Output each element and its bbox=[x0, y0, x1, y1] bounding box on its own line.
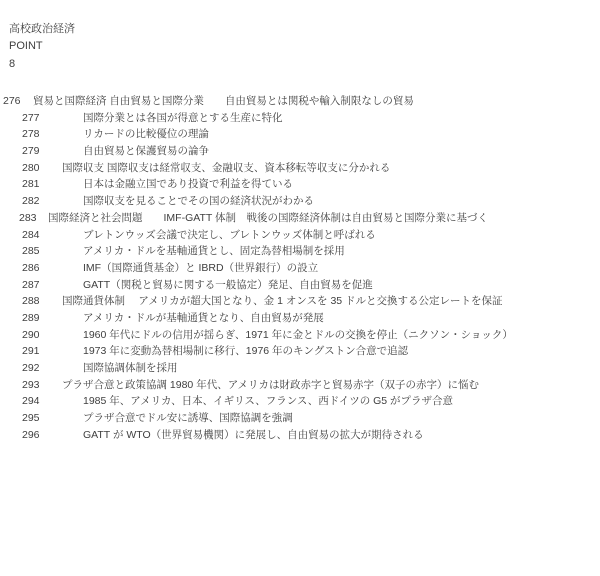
row-number: 276 bbox=[3, 93, 21, 110]
row-number: 279 bbox=[22, 143, 40, 160]
outline-row: 284ブレトンウッズ会議で決定し、ブレトンウッズ体制と呼ばれる bbox=[0, 227, 600, 244]
row-text: 自由貿易と保護貿易の論争 bbox=[83, 143, 209, 160]
row-text: リカードの比較優位の理論 bbox=[83, 126, 209, 143]
outline-row: 2941985 年、アメリカ、日本、イギリス、フランス、西ドイツの G5 がプラ… bbox=[0, 393, 600, 410]
row-number: 278 bbox=[22, 126, 40, 143]
outline-row: 289アメリカ・ドルが基軸通貨となり、自由貿易が発展 bbox=[0, 310, 600, 327]
course-title: 高校政治経済 bbox=[9, 21, 75, 38]
row-number: 281 bbox=[22, 176, 40, 193]
row-number: 285 bbox=[22, 243, 40, 260]
outline-row: 2911973 年に変動為替相場制に移行、1976 年のキングストン合意で追認 bbox=[0, 343, 600, 360]
outline-row: 282国際収支を見ることでその国の経済状況がわかる bbox=[0, 193, 600, 210]
row-text: 1960 年代にドルの信用が揺らぎ、1971 年に金とドルの交換を停止（ニクソン… bbox=[83, 327, 513, 344]
row-number: 284 bbox=[22, 227, 40, 244]
row-number: 290 bbox=[22, 327, 40, 344]
row-text: 国際経済と社会問題 IMF-GATT 体制 戦後の国際経済体制は自由貿易と国際分… bbox=[48, 210, 488, 227]
outline-row: 276貿易と国際経済 自由貿易と国際分業 自由貿易とは関税や輸入制限なしの貿易 bbox=[0, 93, 600, 110]
outline-row: 287GATT（関税と貿易に関する一般協定）発足、自由貿易を促進 bbox=[0, 277, 600, 294]
outline-row: 296GATT が WTO（世界貿易機関）に発展し、自由貿易の拡大が期待される bbox=[0, 427, 600, 444]
row-text: 国際収支 国際収支は経常収支、金融収支、資本移転等収支に分かれる bbox=[62, 160, 390, 177]
outline-row: 295プラザ合意でドル安に誘導、国際協調を強調 bbox=[0, 410, 600, 427]
outline-row: 278リカードの比較優位の理論 bbox=[0, 126, 600, 143]
outline-row: 280国際収支 国際収支は経常収支、金融収支、資本移転等収支に分かれる bbox=[0, 160, 600, 177]
row-text: 貿易と国際経済 自由貿易と国際分業 自由貿易とは関税や輸入制限なしの貿易 bbox=[33, 93, 414, 110]
document-page: 高校政治経済 POINT 8 276貿易と国際経済 自由貿易と国際分業 自由貿易… bbox=[0, 0, 600, 576]
row-text: アメリカ・ドルが基軸通貨となり、自由貿易が発展 bbox=[83, 310, 324, 327]
row-text: 1985 年、アメリカ、日本、イギリス、フランス、西ドイツの G5 がプラザ合意 bbox=[83, 393, 453, 410]
outline-row: 285アメリカ・ドルを基軸通貨とし、固定為替相場制を採用 bbox=[0, 243, 600, 260]
outline-row: 286IMF（国際通貨基金）と IBRD（世界銀行）の設立 bbox=[0, 260, 600, 277]
row-number: 296 bbox=[22, 427, 40, 444]
row-number: 287 bbox=[22, 277, 40, 294]
row-text: ブレトンウッズ会議で決定し、ブレトンウッズ体制と呼ばれる bbox=[83, 227, 376, 244]
row-text: 国際分業とは各国が得意とする生産に特化 bbox=[83, 110, 283, 127]
row-text: 国際協調体制を採用 bbox=[83, 360, 178, 377]
row-number: 295 bbox=[22, 410, 40, 427]
row-text: IMF（国際通貨基金）と IBRD（世界銀行）の設立 bbox=[83, 260, 318, 277]
point-label: POINT bbox=[9, 38, 75, 55]
outline-row: 283国際経済と社会問題 IMF-GATT 体制 戦後の国際経済体制は自由貿易と… bbox=[0, 210, 600, 227]
row-text: 国際通貨体制 アメリカが超大国となり、金 1 オンスを 35 ドルと交換する公定… bbox=[62, 293, 503, 310]
row-text: 1973 年に変動為替相場制に移行、1976 年のキングストン合意で追認 bbox=[83, 343, 408, 360]
row-number: 288 bbox=[22, 293, 40, 310]
row-text: 日本は金融立国であり投資で利益を得ている bbox=[83, 176, 293, 193]
row-text: プラザ合意と政策協調 1980 年代、アメリカは財政赤字と貿易赤字（双子の赤字）… bbox=[62, 377, 479, 394]
row-number: 291 bbox=[22, 343, 40, 360]
outline-row: 293プラザ合意と政策協調 1980 年代、アメリカは財政赤字と貿易赤字（双子の… bbox=[0, 377, 600, 394]
row-number: 277 bbox=[22, 110, 40, 127]
row-number: 286 bbox=[22, 260, 40, 277]
outline-row: 277国際分業とは各国が得意とする生産に特化 bbox=[0, 110, 600, 127]
row-number: 289 bbox=[22, 310, 40, 327]
row-text: GATT（関税と貿易に関する一般協定）発足、自由貿易を促進 bbox=[83, 277, 373, 294]
outline-row: 281日本は金融立国であり投資で利益を得ている bbox=[0, 176, 600, 193]
point-number: 8 bbox=[9, 56, 75, 73]
row-number: 293 bbox=[22, 377, 40, 394]
page-header: 高校政治経済 POINT 8 bbox=[9, 21, 75, 73]
row-number: 280 bbox=[22, 160, 40, 177]
row-number: 292 bbox=[22, 360, 40, 377]
row-text: 国際収支を見ることでその国の経済状況がわかる bbox=[83, 193, 314, 210]
row-text: GATT が WTO（世界貿易機関）に発展し、自由貿易の拡大が期待される bbox=[83, 427, 424, 444]
row-text: プラザ合意でドル安に誘導、国際協調を強調 bbox=[83, 410, 293, 427]
outline-row: 288国際通貨体制 アメリカが超大国となり、金 1 オンスを 35 ドルと交換す… bbox=[0, 293, 600, 310]
outline-list: 276貿易と国際経済 自由貿易と国際分業 自由貿易とは関税や輸入制限なしの貿易2… bbox=[0, 93, 600, 443]
outline-row: 279自由貿易と保護貿易の論争 bbox=[0, 143, 600, 160]
outline-row: 2901960 年代にドルの信用が揺らぎ、1971 年に金とドルの交換を停止（ニ… bbox=[0, 327, 600, 344]
row-number: 283 bbox=[19, 210, 37, 227]
row-number: 294 bbox=[22, 393, 40, 410]
row-text: アメリカ・ドルを基軸通貨とし、固定為替相場制を採用 bbox=[83, 243, 345, 260]
row-number: 282 bbox=[22, 193, 40, 210]
outline-row: 292国際協調体制を採用 bbox=[0, 360, 600, 377]
